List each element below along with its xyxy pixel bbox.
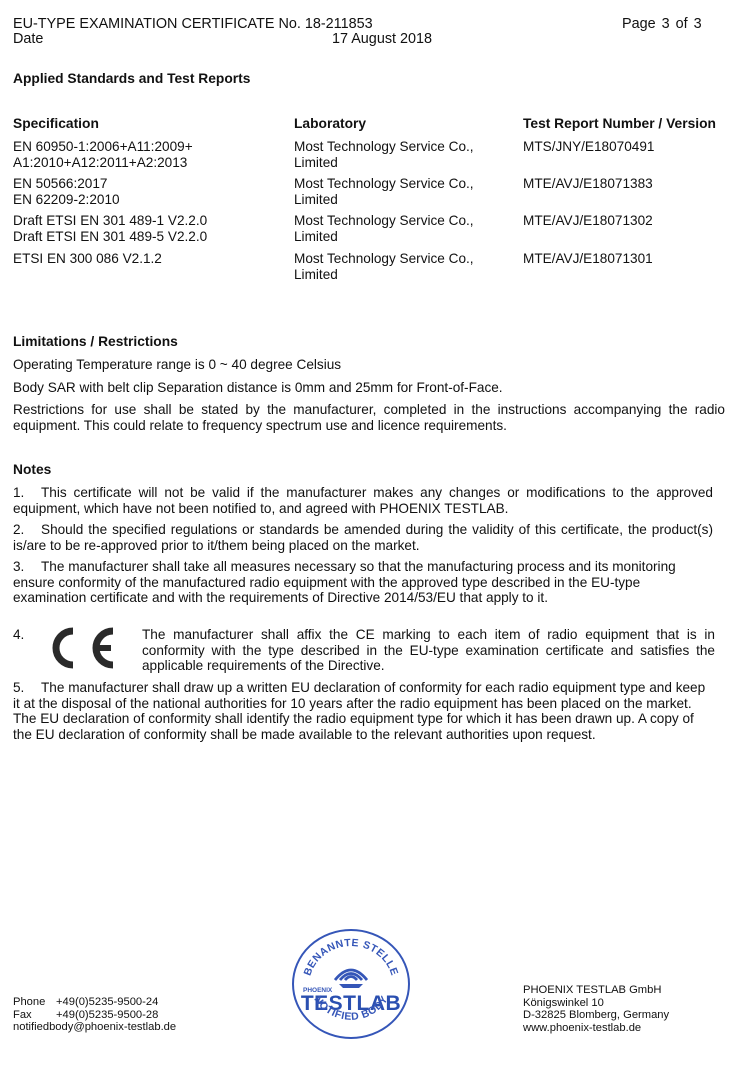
cell-report: MTE/AVJ/E18071301 — [523, 251, 653, 267]
note-number: 3. — [13, 559, 41, 575]
cell-specification: EN 50566:2017 EN 62209-2:2010 — [13, 176, 120, 207]
fax-number: +49(0)5235-9500-28 — [56, 1009, 158, 1021]
limitations-section-title: Limitations / Restrictions — [13, 334, 178, 350]
note-item: 3.The manufacturer shall take all measur… — [13, 559, 713, 606]
footer-address: PHOENIX TESTLAB GmbH Königswinkel 10 D-3… — [523, 984, 669, 1034]
column-header-laboratory: Laboratory — [294, 116, 366, 132]
cell-laboratory: Most Technology Service Co., Limited — [294, 176, 474, 207]
cell-report: MTE/AVJ/E18071302 — [523, 213, 653, 229]
certificate-title: EU-TYPE EXAMINATION CERTIFICATE No. 18-2… — [13, 17, 373, 33]
website-link[interactable]: www.phoenix-testlab.de — [523, 1022, 669, 1035]
phone-number: +49(0)5235-9500-24 — [56, 996, 158, 1008]
limitation-item: Restrictions for use shall be stated by … — [13, 402, 725, 433]
notes-section-title: Notes — [13, 462, 51, 478]
street-address: Königswinkel 10 — [523, 997, 669, 1010]
cell-specification: ETSI EN 300 086 V2.1.2 — [13, 251, 162, 267]
table-row: ETSI EN 300 086 V2.1.2 Most Technology S… — [0, 251, 750, 287]
note-text: The manufacturer shall draw up a written… — [13, 680, 705, 742]
table-row: Draft ETSI EN 301 489-1 V2.2.0 Draft ETS… — [0, 213, 750, 249]
ce-mark-icon — [45, 627, 120, 669]
fax-label: Fax — [13, 1009, 56, 1022]
note-item: 5.The manufacturer shall draw up a writt… — [13, 680, 713, 742]
note-item: 1.This certificate will not be valid if … — [13, 485, 713, 516]
date-label: Date — [13, 32, 43, 48]
email-link[interactable]: notifiedbody@phoenix-testlab.de — [13, 1021, 176, 1034]
cell-laboratory: Most Technology Service Co., Limited — [294, 213, 474, 244]
note-number: 1. — [13, 485, 41, 501]
note-number: 2. — [13, 522, 41, 538]
phone-label: Phone — [13, 996, 56, 1009]
standards-section-title: Applied Standards and Test Reports — [13, 71, 250, 87]
column-header-report: Test Report Number / Version — [523, 116, 716, 132]
limitation-item: Operating Temperature range is 0 ~ 40 de… — [13, 357, 725, 373]
footer-contact: Phone+49(0)5235-9500-24 Fax+49(0)5235-95… — [13, 996, 176, 1034]
column-header-specification: Specification — [13, 116, 99, 132]
note-text: Should the specified regulations or stan… — [13, 522, 713, 553]
cell-specification: Draft ETSI EN 301 489-1 V2.2.0 Draft ETS… — [13, 213, 207, 244]
city-address: D-32825 Blomberg, Germany — [523, 1009, 669, 1022]
page-number: Page 3 of 3 — [622, 17, 702, 33]
company-name: PHOENIX TESTLAB GmbH — [523, 984, 669, 997]
date-value: 17 August 2018 — [332, 32, 432, 48]
cell-specification: EN 60950-1:2006+A11:2009+ A1:2010+A12:20… — [13, 139, 193, 170]
note-number: 5. — [13, 680, 41, 696]
cell-laboratory: Most Technology Service Co., Limited — [294, 251, 474, 282]
note-text: The manufacturer shall affix the CE mark… — [142, 627, 715, 674]
note-item: 2.Should the specified regulations or st… — [13, 522, 713, 553]
cell-report: MTS/JNY/E18070491 — [523, 139, 654, 155]
cell-laboratory: Most Technology Service Co., Limited — [294, 139, 474, 170]
limitation-item: Body SAR with belt clip Separation dista… — [13, 380, 725, 396]
note-text: The manufacturer shall take all measures… — [13, 559, 676, 605]
note-text: This certificate will not be valid if th… — [13, 485, 713, 516]
notified-body-stamp-icon: BENANNTE STELLE PHOENIX TESTLAB NOTIFIED… — [289, 926, 413, 1042]
table-row: EN 60950-1:2006+A11:2009+ A1:2010+A12:20… — [0, 139, 750, 175]
table-row: EN 50566:2017 EN 62209-2:2010 Most Techn… — [0, 176, 750, 212]
note-number: 4. — [13, 627, 24, 643]
cell-report: MTE/AVJ/E18071383 — [523, 176, 653, 192]
